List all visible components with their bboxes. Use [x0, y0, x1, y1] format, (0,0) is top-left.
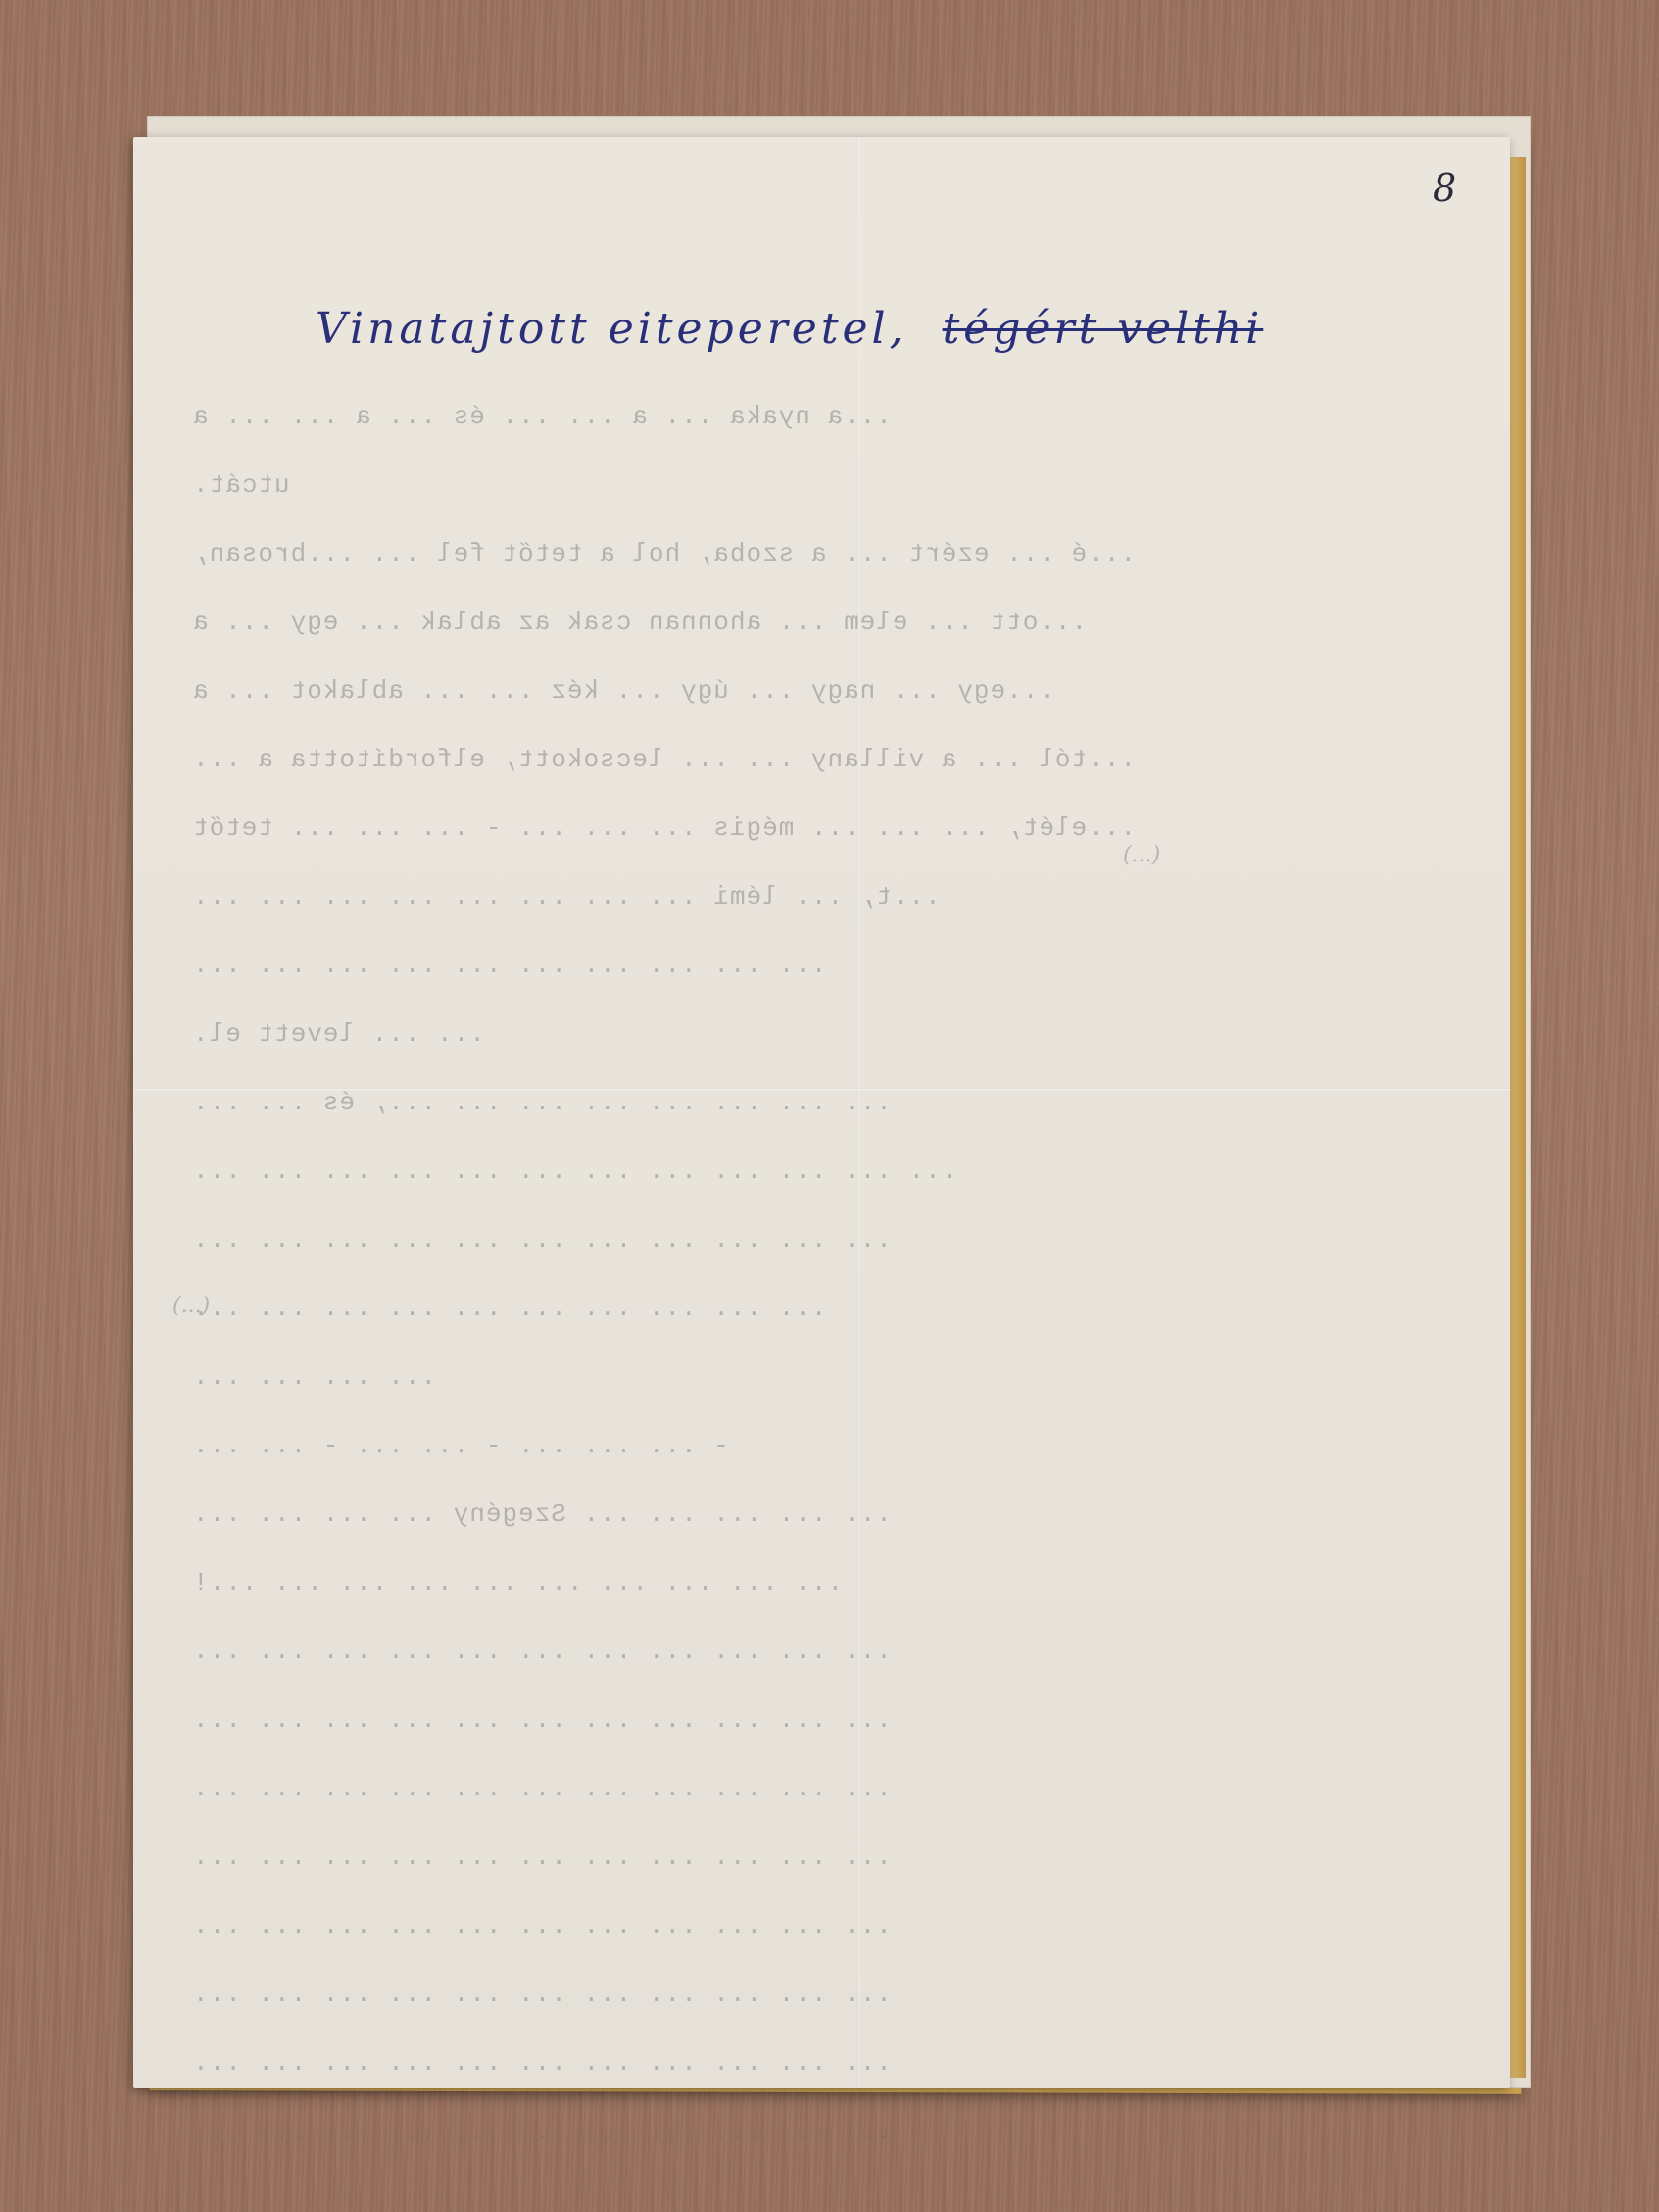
- typed-line: ... ... ... ... ... ... ... ... ... ...!: [192, 1548, 1486, 1617]
- handwritten-heading: Vinatajtott eiteperetel, tégért velthi: [316, 304, 1393, 354]
- typed-line: ... ... ... ...: [192, 1343, 1486, 1411]
- typed-line: ... ... ... ... ... ... ... ... ... ... …: [192, 1823, 1486, 1892]
- typed-line: utcát.: [192, 451, 1486, 519]
- typed-line: ... ... ... ... ... ... ... ... ... ... …: [192, 1617, 1486, 1686]
- typed-line: ... ... levett el.: [192, 1000, 1486, 1068]
- page-number: 8: [1433, 167, 1456, 210]
- typed-line: ... ... ... ... ... ... ... ... ... ... …: [192, 1754, 1486, 1823]
- typed-line: ... ... ... ... ... ... ... ... ... ... …: [192, 1686, 1486, 1754]
- handwritten-struck-text: tégért velthi: [943, 304, 1264, 354]
- typed-line: ...tól ... a villany ... ... lecsokott, …: [192, 725, 1486, 794]
- handwritten-heading-text: Vinatajtott eiteperetel,: [316, 304, 907, 354]
- margin-note: (...): [1123, 843, 1160, 867]
- typed-line: ... ... ... ... ... ... ... ... ... ...: [192, 931, 1486, 1000]
- typed-line: ... ... ... ... ... ... ... ... ... ... …: [192, 1892, 1486, 1960]
- typed-line: ...t, ... lémi ... ... ... ... ... ... .…: [192, 862, 1486, 931]
- typed-line: ... ... ... ... ... ... ... ..., és ... …: [192, 1068, 1486, 1137]
- typed-line: ... ... ... ... ... ... ... ... ... ... …: [192, 2097, 1486, 2166]
- typed-line: ...ott ... elem ... ahonnan csak az abla…: [192, 588, 1486, 657]
- typed-line: ... ... ... ... ... ... ... ... ... ... …: [192, 1960, 1486, 2029]
- typed-line: ... ... ... ... ... ... ... ... ... ... …: [192, 1205, 1486, 1274]
- typed-line: ... ... ... ... ... ... ... ... ... ... …: [192, 2029, 1486, 2097]
- typed-line: ...é ... ezért ... a szoba, hol a tetőt …: [192, 519, 1486, 588]
- typed-line: ...egy ... nagy ... úgy ... kéz ... ... …: [192, 657, 1486, 725]
- typed-line: ... ... ... ... ... ... ... ... ... ... …: [192, 1137, 1486, 1205]
- typed-line: ... ... ... ... ... ... ... ... ... ...: [192, 1274, 1486, 1343]
- document-page: 8 Vinatajtott eiteperetel, tégért velthi…: [133, 137, 1510, 2088]
- typed-line: - ... ... ... - ... ... - ... ...: [192, 1411, 1486, 1480]
- margin-note: (...): [172, 1294, 210, 1318]
- typed-line: ...elét, ... ... ... mégis ... ... ... -…: [192, 794, 1486, 862]
- typed-line: ... ... ... ... ... Szegény ... ... ... …: [192, 1480, 1486, 1548]
- typed-body: ...a nyaka ... a ... ... és ... a ... ..…: [192, 382, 1486, 2166]
- typed-line: ...a nyaka ... a ... ... és ... a ... ..…: [192, 382, 1486, 451]
- stack-edge: [1510, 157, 1526, 2078]
